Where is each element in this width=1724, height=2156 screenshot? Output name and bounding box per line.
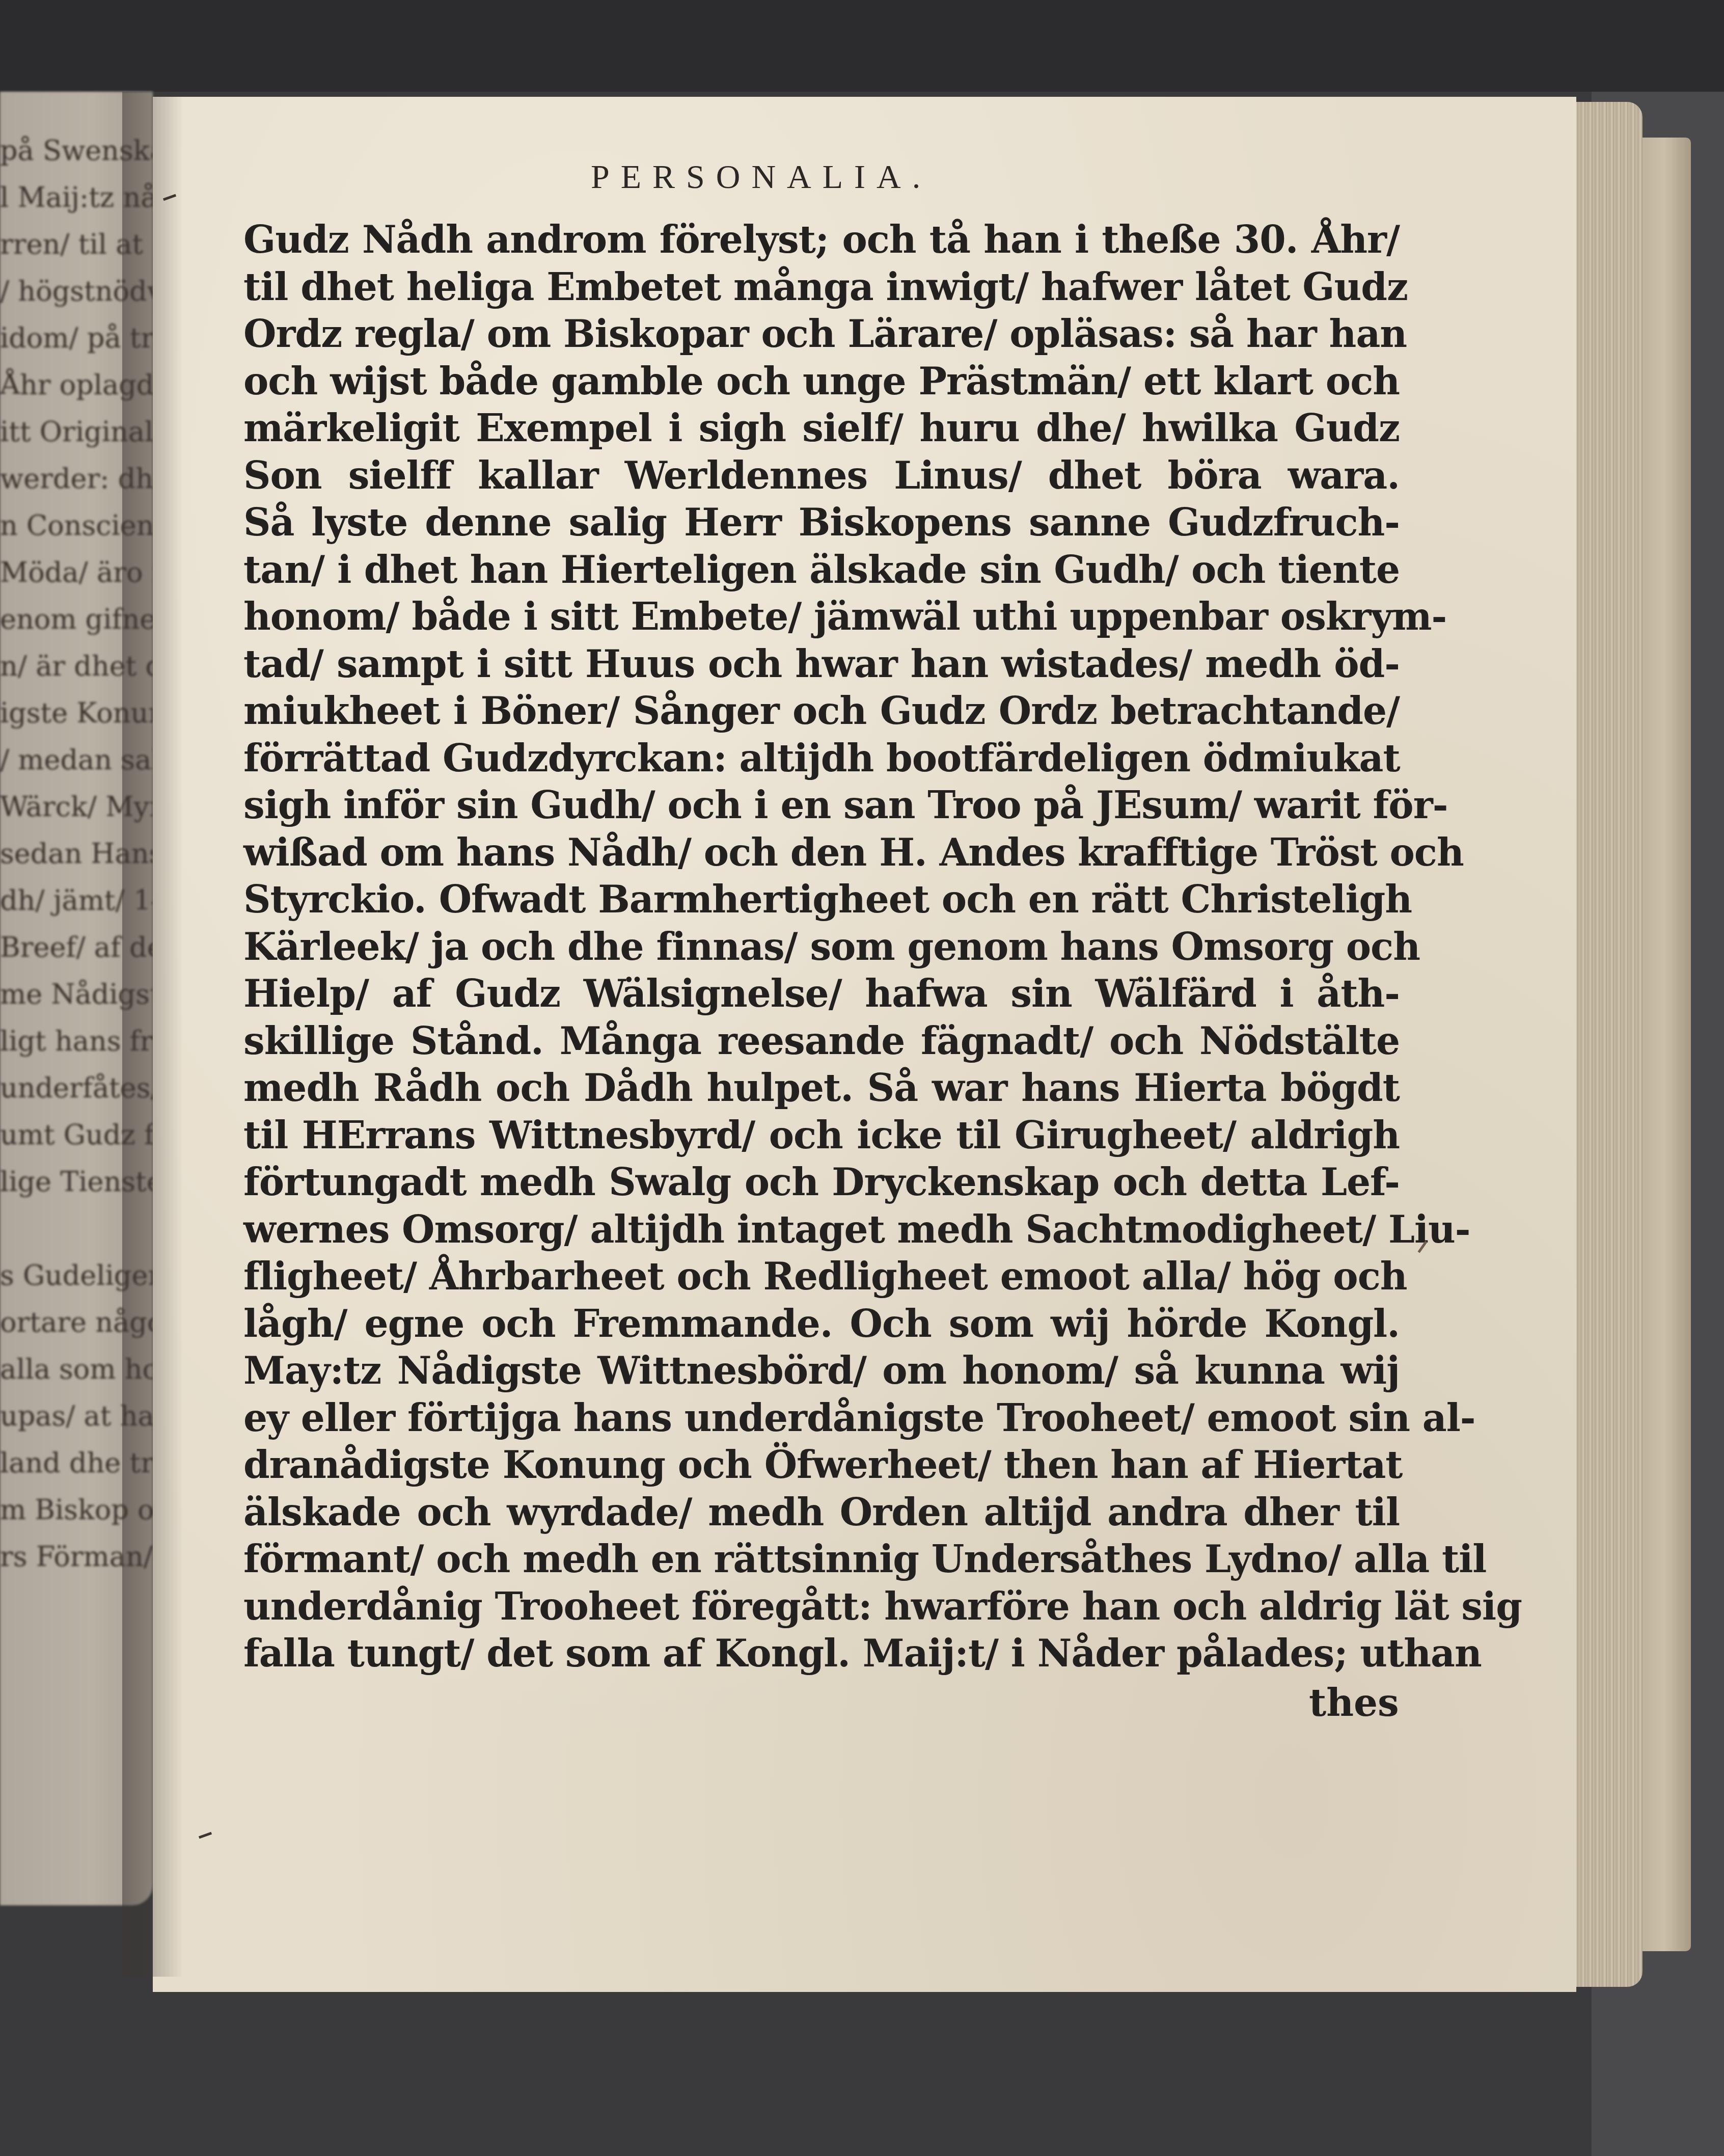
text-line: älskade och wyrdade/ medh Orden altijd a…	[243, 1489, 1400, 1537]
text-line: Gudz Nådh androm förelyst; och tå han i …	[243, 217, 1400, 264]
text-line: til dhet heliga Embetet många inwigt/ ha…	[243, 264, 1400, 311]
text-line: Hielp/ af Gudz Wälsignelse/ hafwa sin Wä…	[243, 971, 1400, 1018]
text-line: wernes Omsorg/ altijdh intaget medh Sach…	[243, 1206, 1400, 1254]
catchword: thes	[1309, 1681, 1399, 1725]
body-text: Gudz Nådh androm förelyst; och tå han i …	[243, 217, 1400, 1678]
text-line: skillige Stånd. Många reesande fägnadt/ …	[243, 1018, 1400, 1065]
scan-backdrop-top	[0, 0, 1724, 92]
gutter-shadow	[122, 92, 183, 1977]
text-line: och wijst både gamble och unge Prästmän/…	[243, 358, 1400, 406]
text-line: medh Rådh och Dådh hulpet. Så war hans H…	[243, 1065, 1400, 1112]
text-line: ey eller förtijga hans underdånigste Tro…	[243, 1395, 1400, 1442]
text-line: fligheet/ Åhrbarheet och Redligheet emoo…	[243, 1253, 1400, 1301]
text-line: miukheet i Böner/ Sånger och Gudz Ordz b…	[243, 688, 1400, 735]
text-line: lågh/ egne och Fremmande. Och som wij hö…	[243, 1301, 1400, 1348]
text-line: Ordz regla/ om Biskopar och Lärare/ oplä…	[243, 311, 1400, 358]
text-line: Son sielff kallar Werldennes Linus/ dhet…	[243, 452, 1400, 500]
text-line: förrättad Gudzdyrckan: altijdh bootfärde…	[243, 735, 1400, 783]
text-line: honom/ både i sitt Embete/ jämwäl uthi u…	[243, 594, 1400, 641]
text-line: Styrckio. Ofwadt Barmhertigheet och en r…	[243, 876, 1400, 924]
running-head: PERSONALIA.	[591, 158, 1049, 197]
text-line: Kärleek/ ja och dhe finnas/ som genom ha…	[243, 924, 1400, 971]
text-line: tad/ sampt i sitt Huus och hwar han wist…	[243, 641, 1400, 688]
page-edge-stack	[1571, 102, 1643, 1987]
text-line: underdånig Trooheet föregått: hwarföre h…	[243, 1583, 1400, 1631]
text-line: sigh inför sin Gudh/ och i en san Troo p…	[243, 782, 1400, 829]
text-line: märkeligit Exempel i sigh sielf/ huru dh…	[243, 405, 1400, 452]
text-line: til HErrans Wittnesbyrd/ och icke til Gi…	[243, 1112, 1400, 1160]
text-line: wißad om hans Nådh/ och den H. Andes kra…	[243, 829, 1400, 877]
text-line: May:tz Nådigste Wittnesbörd/ om honom/ s…	[243, 1347, 1400, 1395]
text-line: förtungadt medh Swalg och Dryckenskap oc…	[243, 1159, 1400, 1206]
text-line: Så lyste denne salig Herr Biskopens sann…	[243, 499, 1400, 547]
text-line: dranådigste Konung och Öfwerheet/ then h…	[243, 1442, 1400, 1489]
text-line: tan/ i dhet han Hierteligen älskade sin …	[243, 547, 1400, 594]
text-line: falla tungt/ det som af Kongl. Maij:t/ i…	[243, 1630, 1400, 1678]
text-line: förmant/ och medh en rättsinnig Undersåt…	[243, 1536, 1400, 1583]
